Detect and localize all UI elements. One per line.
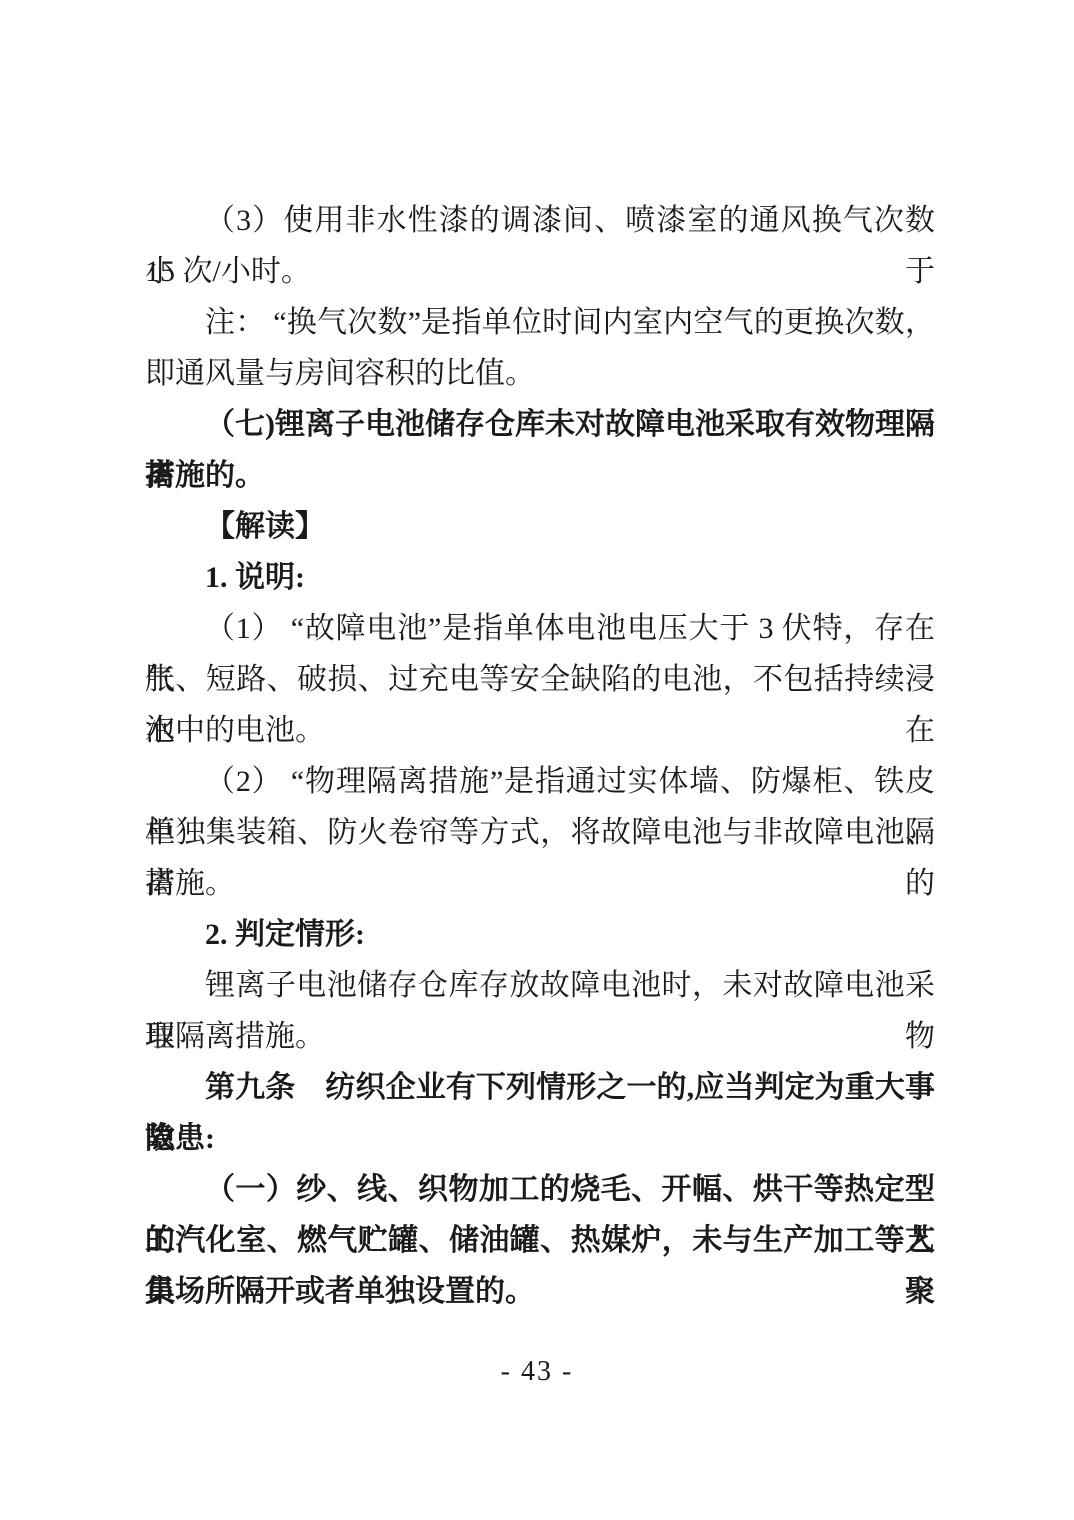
text-line: 锂离子电池储存仓库存放故障电池时，未对故障电池采取物 bbox=[145, 960, 935, 1011]
text-line: 气、短路、破损、过充电等安全缺陷的电池，不包括持续浸泡在 bbox=[145, 654, 935, 705]
text-line: 措施的。 bbox=[145, 450, 935, 501]
text-line: 隐患: bbox=[145, 1113, 935, 1164]
text-line: 第九条 纺织企业有下列情形之一的,应当判定为重大事故 bbox=[145, 1062, 935, 1113]
text-line: 2. 判定情形: bbox=[145, 909, 935, 960]
text-line: 【解读】 bbox=[145, 501, 935, 552]
text-line: 1. 说明: bbox=[145, 552, 935, 603]
document-page: （3）使用非水性漆的调漆间、喷漆室的通风换气次数小于15 次/小时。注： “换气… bbox=[0, 0, 1074, 1520]
text-line: （一）纱、线、织物加工的烧毛、开幅、烘干等热定型工艺 bbox=[145, 1164, 935, 1215]
text-line: 注： “换气次数”是指单位时间内室内空气的更换次数， bbox=[145, 297, 935, 348]
text-line: （七)锂离子电池储存仓库未对故障电池采取有效物理隔离 bbox=[145, 399, 935, 450]
text-line: （1） “故障电池”是指单体电池电压大于 3 伏特，存在胀 bbox=[145, 603, 935, 654]
text-line: 单独集装箱、防火卷帘等方式，将故障电池与非故障电池隔离的 bbox=[145, 807, 935, 858]
text-line: （3）使用非水性漆的调漆间、喷漆室的通风换气次数小于 bbox=[145, 195, 935, 246]
text-line: （2） “物理隔离措施”是指通过实体墙、防爆柜、铁皮柜、 bbox=[145, 756, 935, 807]
text-line: 的汽化室、燃气贮罐、储油罐、热媒炉，未与生产加工等人员聚 bbox=[145, 1215, 935, 1266]
page-number: - 43 - bbox=[0, 1352, 1074, 1392]
document-content: （3）使用非水性漆的调漆间、喷漆室的通风换气次数小于15 次/小时。注： “换气… bbox=[145, 195, 935, 1317]
text-line: 即通风量与房间容积的比值。 bbox=[145, 348, 935, 399]
